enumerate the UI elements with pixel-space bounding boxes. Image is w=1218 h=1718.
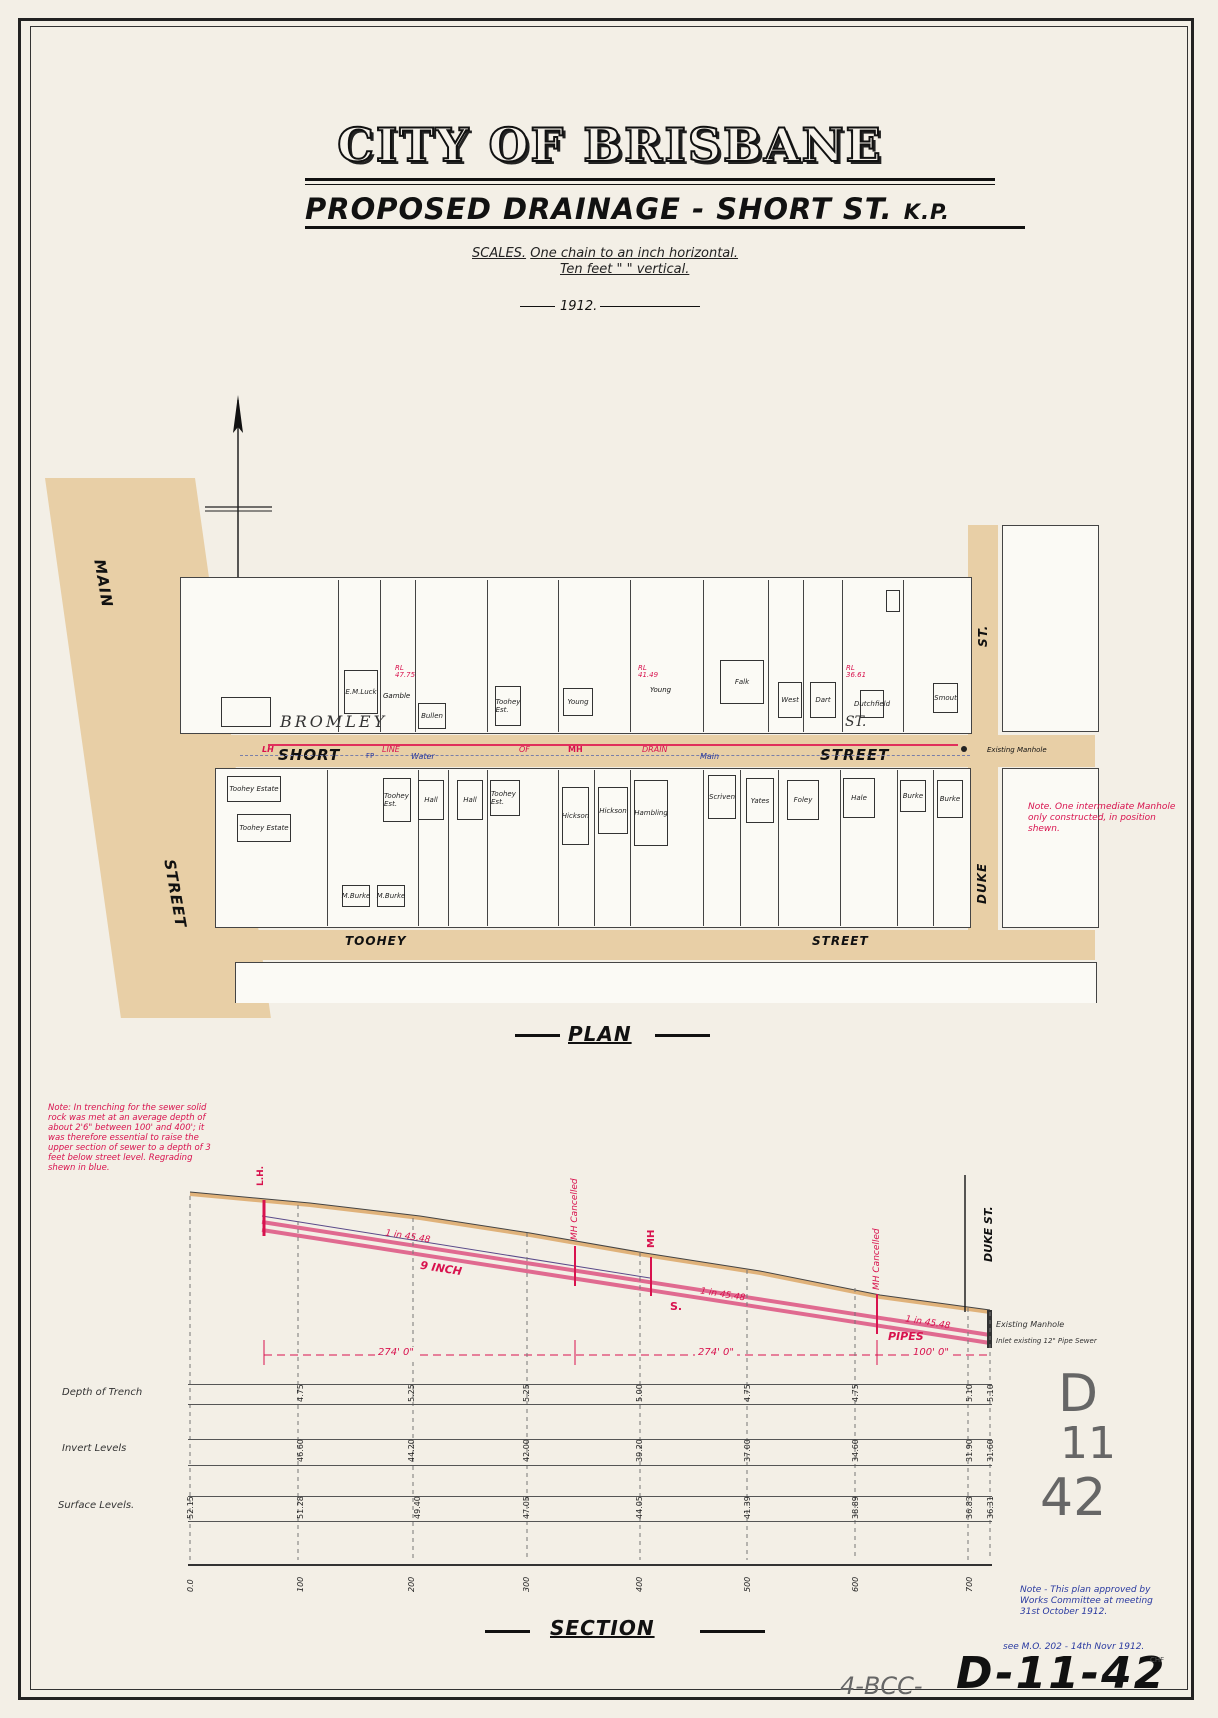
chainage-value: 300 [522, 1577, 531, 1592]
invert-value: 44.20 [407, 1439, 416, 1462]
pipe-s-label: S. [670, 1300, 682, 1313]
inlet-label: Inlet existing 12" Pipe Sewer [996, 1337, 1097, 1345]
dimension-2: 274' 0" [695, 1347, 737, 1358]
depth-value: 5.25 [407, 1384, 416, 1402]
invert-value: 42.00 [522, 1439, 531, 1462]
chainage-value: 100 [296, 1577, 305, 1592]
depth-value: 4.75 [743, 1384, 752, 1402]
chainage-value: 500 [743, 1577, 752, 1592]
table-line [188, 1439, 992, 1440]
depth-value: 5.10 [965, 1384, 974, 1402]
invert-row-label: Invert Levels [62, 1443, 126, 1454]
section-label: SECTION [550, 1616, 655, 1640]
chainage-value: 400 [635, 1577, 644, 1592]
initials: CHF [1150, 1656, 1164, 1664]
invert-value: 31.90 [965, 1439, 974, 1462]
pencil-prefix: 4-BCC- [840, 1672, 923, 1700]
surface-value: 52.15 [186, 1496, 195, 1519]
pencil-mark-42: 42 [1040, 1472, 1106, 1524]
dimension-3: 100' 0" [910, 1347, 952, 1358]
depth-value: 4.75 [851, 1384, 860, 1402]
mh-section-label: MH [646, 1230, 657, 1248]
depth-row-label: Depth of Trench [62, 1387, 142, 1398]
duke-st-section-label: DUKE ST. [982, 1206, 995, 1262]
depth-value: 4.75 [296, 1384, 305, 1402]
invert-value: 39.20 [635, 1439, 644, 1462]
mh-cancelled-2-label: MH Cancelled [872, 1228, 882, 1290]
depth-value: 5.25 [522, 1384, 531, 1402]
surface-value: 47.05 [522, 1496, 531, 1519]
section-profile-drawing [0, 0, 1218, 1718]
pencil-mark-11: 11 [1060, 1422, 1116, 1466]
table-line [188, 1521, 992, 1522]
mh-cancelled-1-label: MH Cancelled [570, 1178, 580, 1240]
dimension-1: 274' 0" [375, 1347, 417, 1358]
table-line [188, 1384, 992, 1385]
drawing-number: D-11-42 [956, 1648, 1166, 1699]
depth-value: 5.00 [635, 1384, 644, 1402]
chainage-value: 0.0 [186, 1579, 195, 1592]
existing-manhole-section-label: Existing Manhole [996, 1320, 1064, 1329]
table-line [188, 1496, 992, 1497]
invert-value: 31.60 [986, 1439, 995, 1462]
surface-value: 51.28 [296, 1496, 305, 1519]
section-rule-left [485, 1630, 530, 1633]
invert-value: 34.60 [851, 1439, 860, 1462]
pencil-mark-d: D [1058, 1368, 1098, 1420]
table-line [188, 1404, 992, 1405]
chainage-value: 200 [407, 1577, 416, 1592]
table-baseline [188, 1564, 992, 1566]
surface-value: 44.05 [635, 1496, 644, 1519]
surface-value: 49.40 [413, 1496, 422, 1519]
lh-section-label: L.H. [256, 1166, 266, 1186]
invert-value: 37.00 [743, 1439, 752, 1462]
invert-value: 46.60 [296, 1439, 305, 1462]
pipes-label: PIPES [888, 1330, 924, 1343]
approval-note: Note - This plan approved by Works Commi… [1020, 1585, 1170, 1618]
surface-value: 36.83 [965, 1496, 974, 1519]
surface-value: 36.31 [986, 1496, 995, 1519]
surface-value: 38.89 [851, 1496, 860, 1519]
surface-row-label: Surface Levels. [58, 1500, 134, 1511]
depth-value: 5.10 [986, 1384, 995, 1402]
table-line [188, 1465, 992, 1466]
chainage-value: 700 [965, 1577, 974, 1592]
surface-value: 41.39 [743, 1496, 752, 1519]
chainage-value: 600 [851, 1577, 860, 1592]
section-rule-right [700, 1630, 765, 1633]
